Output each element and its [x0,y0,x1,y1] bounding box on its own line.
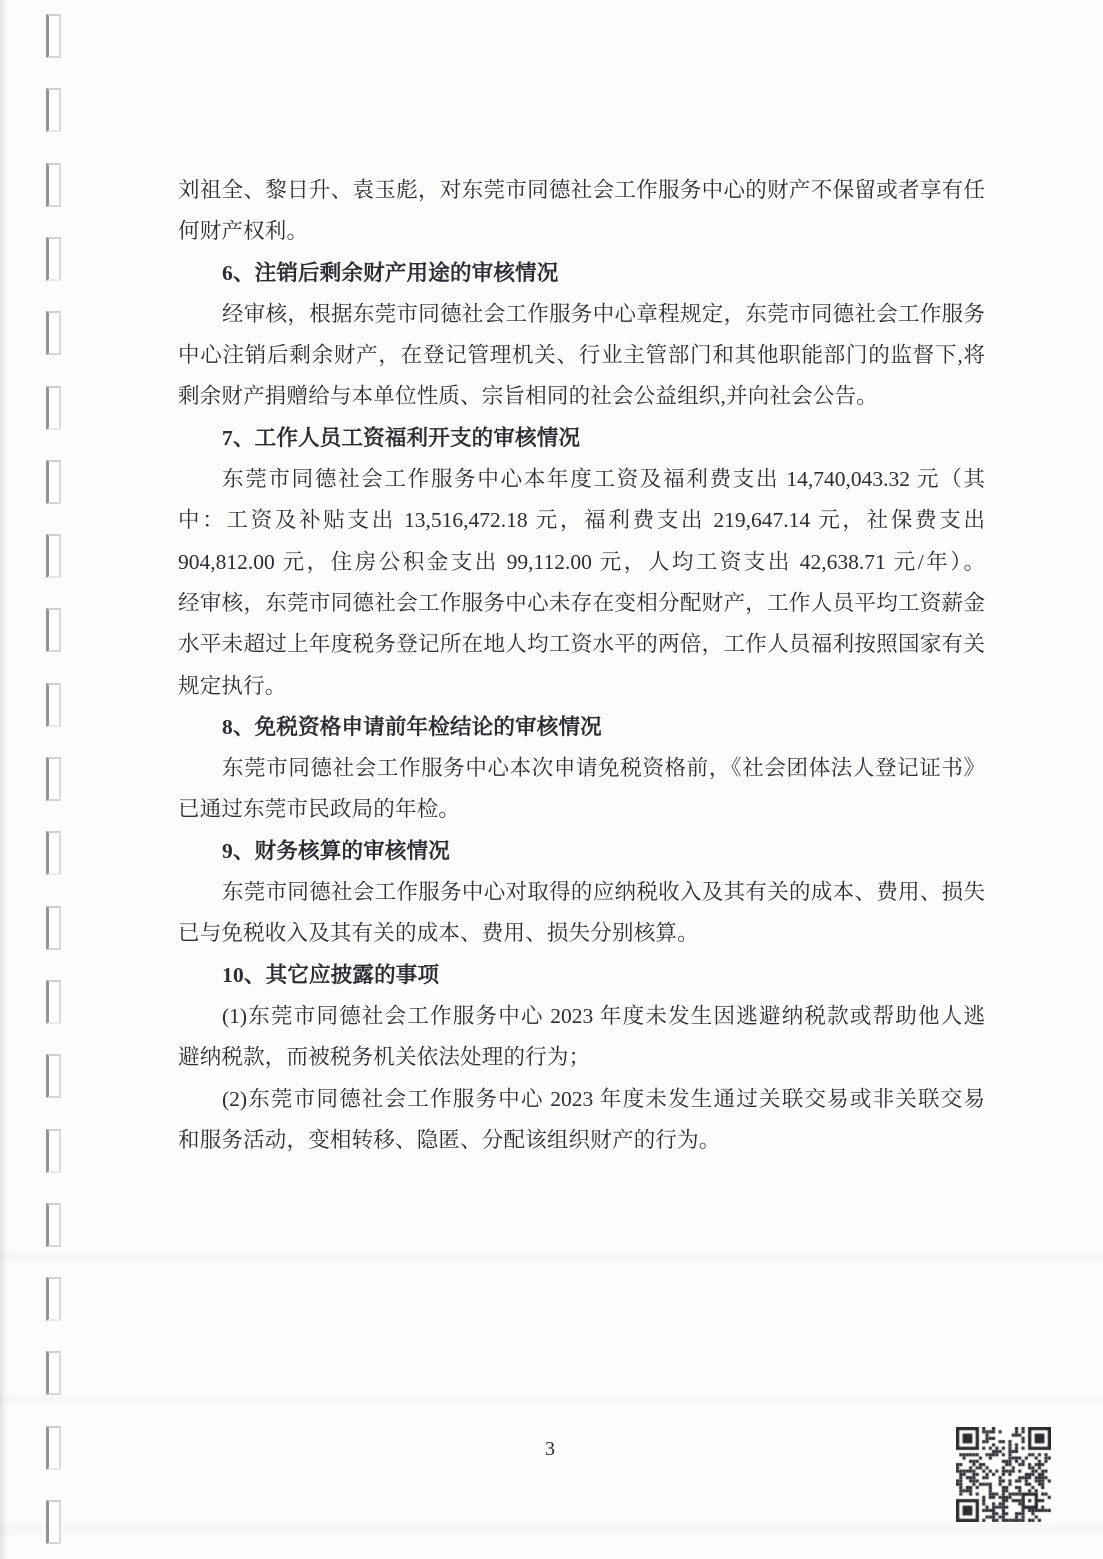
text-line: 规定执行。 [178,666,985,707]
heading-line: 10、其它应披露的事项 [178,955,985,996]
text-line: 和服务活动，变相转移、隐匿、分配该组织财产的行为。 [178,1120,985,1161]
binding-hole [46,386,61,430]
text-line: 剩余财产捐赠给与本单位性质、宗旨相同的社会公益组织,并向社会公告。 [178,376,985,417]
scan-streak [0,1395,1103,1404]
text-line: 水平未超过上年度税务登记所在地人均工资水平的两倍，工作人员福利按照国家有关 [178,624,985,665]
heading-line: 6、注销后剩余财产用途的审核情况 [178,253,985,294]
heading-line: 9、财务核算的审核情况 [178,831,985,872]
text-line: 避纳税款，而被税务机关依法处理的行为； [178,1037,985,1078]
text-line: 已与免税收入及其有关的成本、费用、损失分别核算。 [178,913,985,954]
binding-hole [46,1426,61,1470]
binding-hole [46,1351,61,1395]
document-body: 刘祖全、黎日升、袁玉彪，对东莞市同德社会工作服务中心的财产不保留或者享有任何财产… [178,170,985,1161]
text-line: 904,812.00 元，住房公积金支出 99,112.00 元，人均工资支出 … [178,542,985,583]
text-line: (1)东莞市同德社会工作服务中心 2023 年度未发生因逃避纳税款或帮助他人逃 [178,996,985,1037]
text-line: 东莞市同德社会工作服务中心对取得的应纳税收入及其有关的成本、费用、损失 [178,872,985,913]
scan-edge-shadow [0,0,10,1559]
binding-hole [46,1277,61,1321]
scan-streak [0,1252,1103,1262]
text-line: 东莞市同德社会工作服务中心本年度工资及福利费支出 14,740,043.32 元… [178,459,985,500]
binding-hole [46,906,61,950]
binding-hole [46,311,61,355]
text-line: 刘祖全、黎日升、袁玉彪，对东莞市同德社会工作服务中心的财产不保留或者享有任 [178,170,985,211]
qr-code [956,1427,1051,1522]
binding-hole [46,88,61,132]
document-page: 刘祖全、黎日升、袁玉彪，对东莞市同德社会工作服务中心的财产不保留或者享有任何财产… [0,0,1103,1559]
text-line: 中心注销后剩余财产，在登记管理机关、行业主管部门和其他职能部门的监督下,将 [178,335,985,376]
page-number: 3 [500,1438,600,1461]
binding-hole [46,1203,61,1247]
binding-hole [46,163,61,207]
heading-line: 7、工作人员工资福利开支的审核情况 [178,418,985,459]
text-line: 经审核，东莞市同德社会工作服务中心未存在变相分配财产，工作人员平均工资薪金 [178,583,985,624]
binding-hole [46,237,61,281]
binding-hole [46,980,61,1024]
binding-hole [46,534,61,578]
binding-hole [46,757,61,801]
text-line: 何财产权利。 [178,211,985,252]
text-line: 已通过东莞市民政局的年检。 [178,789,985,830]
text-line: 中：工资及补贴支出 13,516,472.18 元，福利费支出 219,647.… [178,500,985,541]
binding-hole [46,1054,61,1098]
scan-streak [0,1523,1103,1535]
text-line: (2)东莞市同德社会工作服务中心 2023 年度未发生通过关联交易或非关联交易 [178,1079,985,1120]
text-line: 经审核，根据东莞市同德社会工作服务中心章程规定，东莞市同德社会工作服务 [178,294,985,335]
text-line: 东莞市同德社会工作服务中心本次申请免税资格前，《社会团体法人登记证书》 [178,748,985,789]
binding-hole [46,683,61,727]
binding-hole [46,608,61,652]
heading-line: 8、免税资格申请前年检结论的审核情况 [178,707,985,748]
binding-hole [46,1129,61,1173]
binding-hole [46,831,61,875]
binding-hole [46,1500,61,1544]
binding-hole [46,460,61,504]
binding-hole [46,14,61,58]
